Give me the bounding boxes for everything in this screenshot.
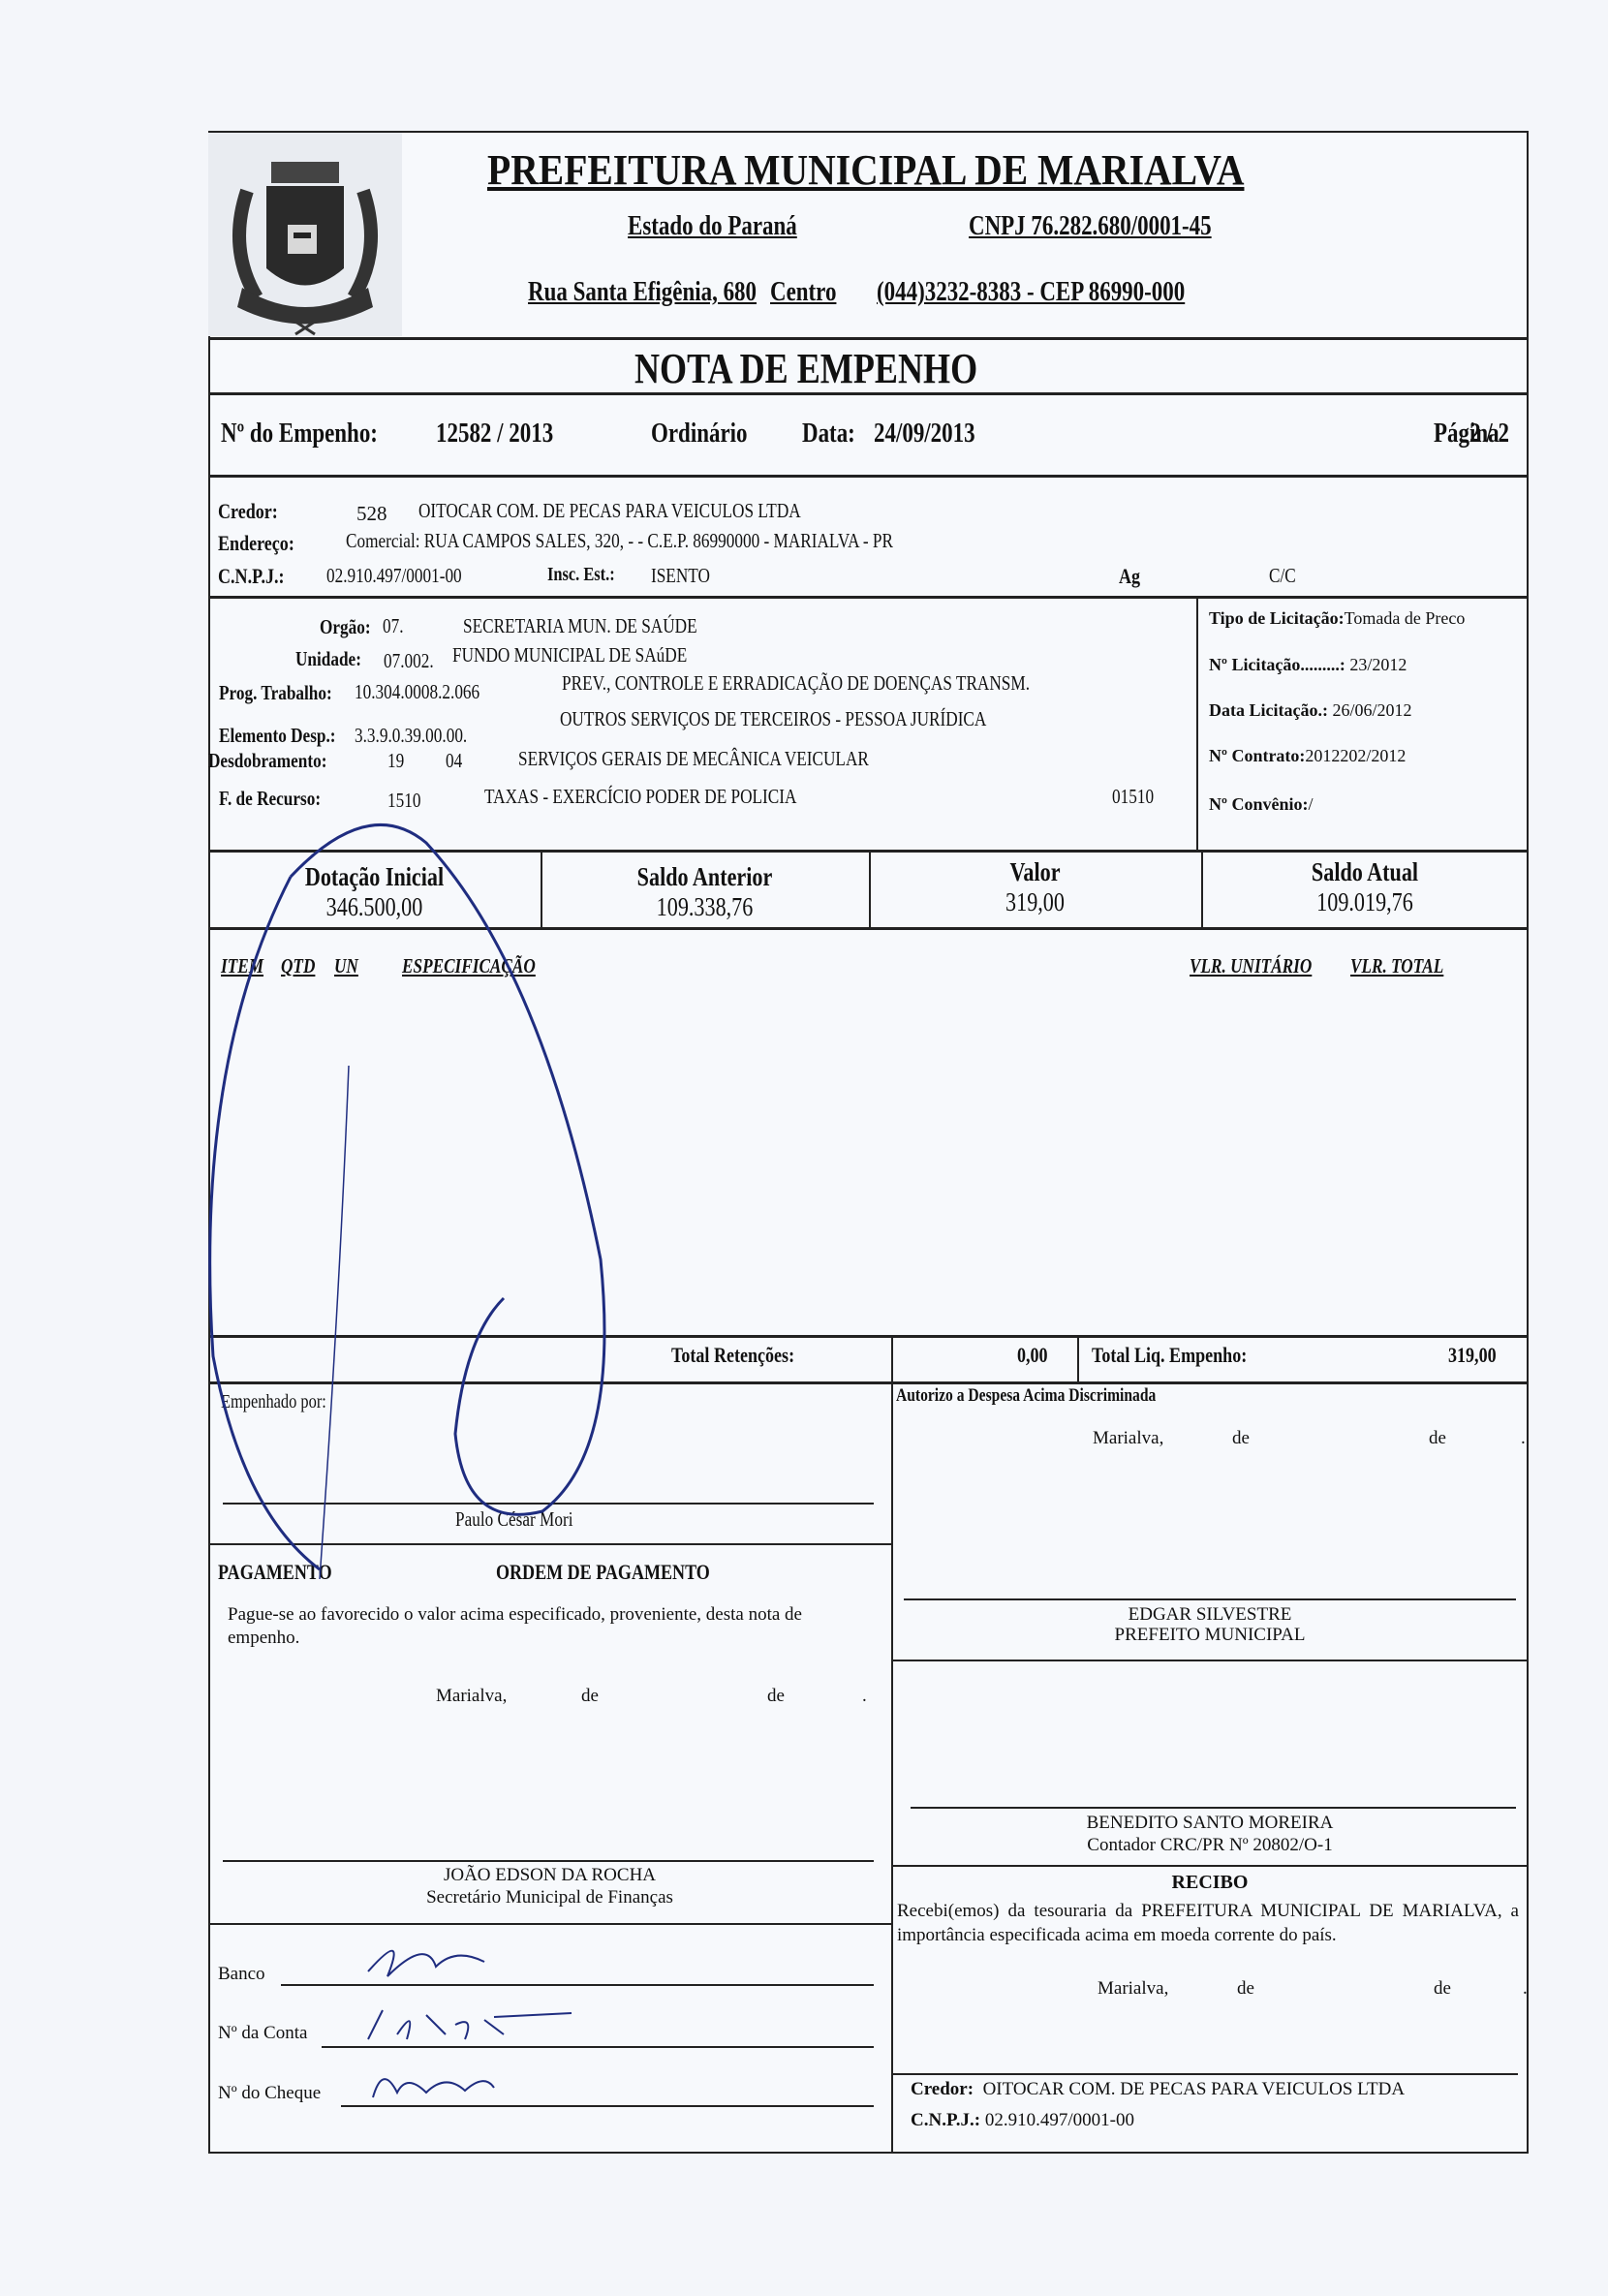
pen-signature-marks bbox=[0, 0, 1608, 2296]
